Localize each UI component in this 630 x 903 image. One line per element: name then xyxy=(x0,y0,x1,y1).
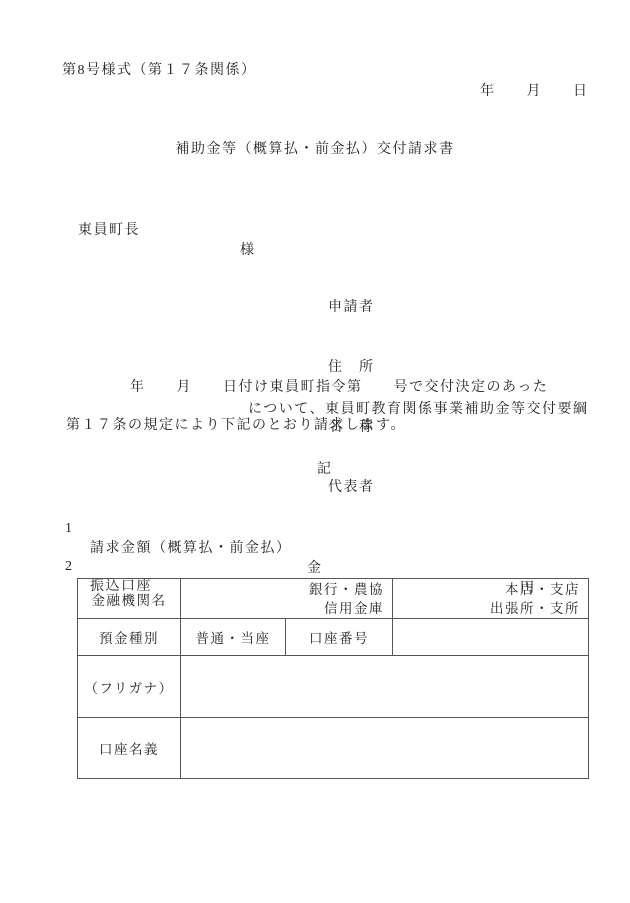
document-title: 補助金等（概算払・前金払）交付請求書 xyxy=(0,140,630,160)
branch-type-line1: 本店・支店 xyxy=(393,580,580,599)
bank-type-options: 銀行・農協 信用金庫 xyxy=(181,580,392,618)
addressee-line: 東員町長 様 xyxy=(0,201,630,261)
addressee-name: 東員町長 xyxy=(78,221,140,241)
body-line-3: 第１７条の規定により下記のとおり請求します。 xyxy=(66,416,406,436)
furigana-label: （フリガナ） xyxy=(78,656,181,718)
account-holder-label: 口座名義 xyxy=(78,718,181,779)
item2-number: 2 xyxy=(65,557,74,577)
form-number: 第8号様式（第１７条関係） xyxy=(62,61,257,81)
bank-type-line2: 信用金庫 xyxy=(181,599,384,618)
addressee-honorific: 様 xyxy=(240,241,256,261)
branch-type-line2: 出張所・支所 xyxy=(393,599,580,618)
account-number-input-cell[interactable] xyxy=(393,619,589,656)
furigana-input-cell[interactable] xyxy=(181,656,589,718)
bank-account-table: 金融機関名 銀行・農協 信用金庫 本店・支店 出張所・支所 預金種別 普通・当座… xyxy=(77,578,589,779)
branch-type-options: 本店・支店 出張所・支所 xyxy=(393,580,588,618)
branch-input-cell[interactable]: 本店・支店 出張所・支所 xyxy=(393,579,589,619)
financial-institution-input-cell[interactable]: 銀行・農協 信用金庫 xyxy=(181,579,393,619)
ki-heading: 記 xyxy=(317,460,333,480)
financial-institution-label: 金融機関名 xyxy=(78,579,181,619)
item1-number: 1 xyxy=(65,519,74,539)
document-page: { "doc": { "form_number": "第8号様式（第１７条関係）… xyxy=(0,0,630,903)
account-holder-input-cell[interactable] xyxy=(181,718,589,779)
body-line-1: 年 月 日付け東員町指令第 号で交付決定のあった xyxy=(130,378,548,398)
applicant-rep-label: 代表者 xyxy=(328,478,375,498)
table-row-account-holder: 口座名義 xyxy=(78,718,589,779)
applicant-address-label: 住 所 xyxy=(328,358,375,378)
table-row-deposit-type: 預金種別 普通・当座 口座番号 xyxy=(78,619,589,656)
deposit-type-label: 預金種別 xyxy=(78,619,181,656)
account-number-label: 口座番号 xyxy=(286,619,393,656)
applicant-label: 申請者 xyxy=(328,298,375,318)
bank-type-line1: 銀行・農協 xyxy=(181,580,384,599)
deposit-type-options: 普通・当座 xyxy=(181,619,286,656)
date-line: 年 月 日 xyxy=(480,82,589,102)
table-row-furigana: （フリガナ） xyxy=(78,656,589,718)
table-row-financial-institution: 金融機関名 銀行・農協 信用金庫 本店・支店 出張所・支所 xyxy=(78,579,589,619)
